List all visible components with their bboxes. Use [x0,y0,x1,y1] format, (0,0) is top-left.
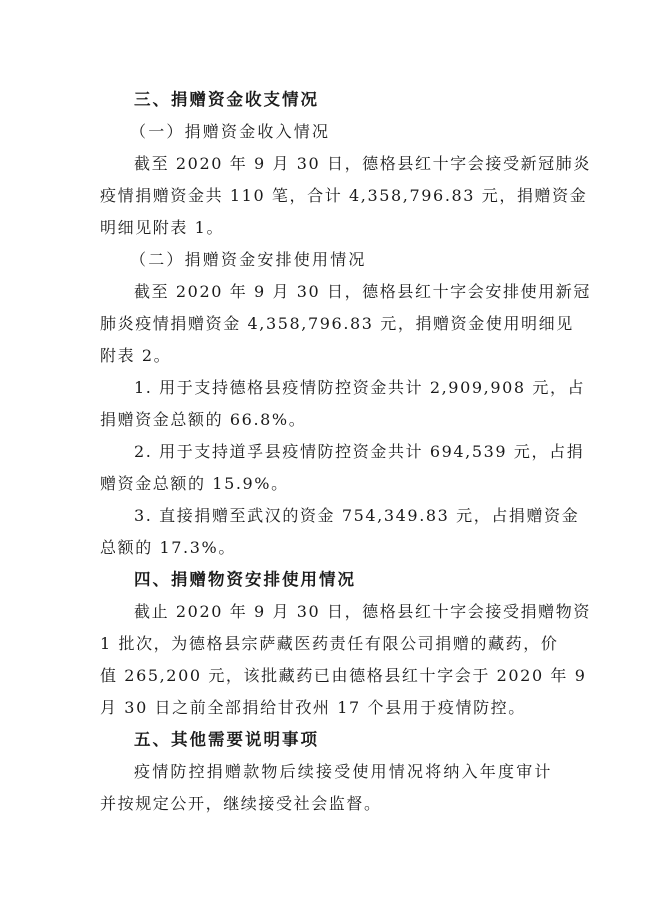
paragraph-income: 截至 2020 年 9 月 30 日，德格县红十字会接受新冠肺炎 疫情捐赠资金共… [100,148,552,244]
text-line: 截至 2020 年 9 月 30 日，德格县红十字会接受新冠肺炎 [100,148,552,180]
text-line: 月 30 日之前全部捐给甘孜州 17 个县用于疫情防控。 [100,692,552,724]
text-line: 疫情捐赠资金共 110 笔，合计 4,358,796.83 元，捐赠资金 [100,180,552,212]
text-line: 并按规定公开，继续接受社会监督。 [100,788,552,820]
text-line: 3. 直接捐赠至武汉的资金 754,349.83 元，占捐赠资金 [100,500,552,532]
text-line: 1 批次，为德格县宗萨藏医药责任有限公司捐赠的藏药，价 [100,628,552,660]
paragraph-usage: 截至 2020 年 9 月 30 日，德格县红十字会安排使用新冠 肺炎疫情捐赠资… [100,276,552,372]
text-line: 截止 2020 年 9 月 30 日，德格县红十字会接受捐赠物资 [100,596,552,628]
section-heading-materials: 四、捐赠物资安排使用情况 [100,564,552,596]
section-heading-funds: 三、捐赠资金收支情况 [100,84,552,116]
text-line: 1. 用于支持德格县疫情防控资金共计 2,909,908 元，占 [100,372,552,404]
text-line: 疫情防控捐赠款物后续接受使用情况将纳入年度审计 [100,756,552,788]
paragraph-usage-item-2: 2. 用于支持道孚县疫情防控资金共计 694,539 元，占捐 赠资金总额的 1… [100,436,552,500]
text-line: 肺炎疫情捐赠资金 4,358,796.83 元，捐赠资金使用明细见 [100,308,552,340]
text-line: 2. 用于支持道孚县疫情防控资金共计 694,539 元，占捐 [100,436,552,468]
paragraph-usage-item-1: 1. 用于支持德格县疫情防控资金共计 2,909,908 元，占 捐赠资金总额的… [100,372,552,436]
document-page: 三、捐赠资金收支情况 （一）捐赠资金收入情况 截至 2020 年 9 月 30 … [100,84,552,820]
paragraph-materials: 截止 2020 年 9 月 30 日，德格县红十字会接受捐赠物资 1 批次，为德… [100,596,552,724]
text-line: 总额的 17.3%。 [100,532,552,564]
text-line: 捐赠资金总额的 66.8%。 [100,404,552,436]
subsection-heading-income: （一）捐赠资金收入情况 [100,116,552,148]
text-line: 值 265,200 元，该批藏药已由德格县红十字会于 2020 年 9 [100,660,552,692]
text-line: 明细见附表 1。 [100,212,552,244]
section-heading-other: 五、其他需要说明事项 [100,724,552,756]
paragraph-usage-item-3: 3. 直接捐赠至武汉的资金 754,349.83 元，占捐赠资金 总额的 17.… [100,500,552,564]
text-line: 截至 2020 年 9 月 30 日，德格县红十字会安排使用新冠 [100,276,552,308]
text-line: 赠资金总额的 15.9%。 [100,468,552,500]
text-line: 附表 2。 [100,340,552,372]
subsection-heading-usage: （二）捐赠资金安排使用情况 [100,244,552,276]
paragraph-other: 疫情防控捐赠款物后续接受使用情况将纳入年度审计 并按规定公开，继续接受社会监督。 [100,756,552,820]
